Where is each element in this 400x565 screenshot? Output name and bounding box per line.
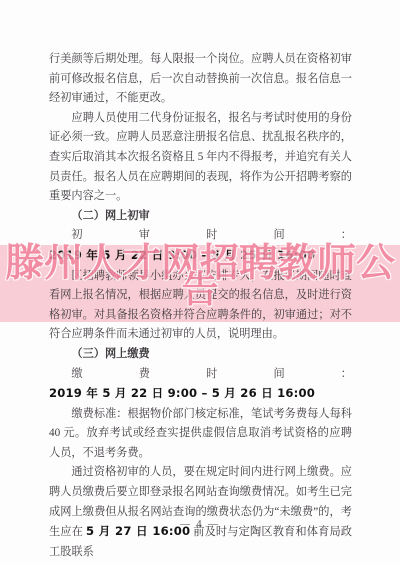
section-heading-online-review: （二）网上初审 <box>49 207 352 227</box>
payment-time-label: 缴费时间： <box>71 368 352 380</box>
page-number: — 4 — <box>0 519 400 530</box>
document-page: 行美颜等后期处理。每人限报一个岗位。应聘人员在资格初审前可修改报名信息，后一次自… <box>0 0 400 565</box>
section-heading-online-payment: （三）网上缴费 <box>49 345 352 365</box>
body-paragraph-review-process: 区招聘教师领导小组办公室安排专人，在报名期间随时查看网上报名情况，根据应聘人员提… <box>49 267 352 345</box>
body-paragraph-payment-standard: 缴费标准：根据物价部门核定标准，笔试考务费每人每科 40 元。放弃考试或经查实提… <box>49 405 352 464</box>
document-body: 行美颜等后期处理。每人限报一个岗位。应聘人员在资格初审前可修改报名信息，后一次自… <box>49 50 352 562</box>
body-paragraph-id-card-rules: 应聘人员使用二代身份证报名，报名与考试时使用的身份证必须一致。应聘人员恶意注册报… <box>49 109 352 207</box>
body-paragraph-retouch-rules: 行美颜等后期处理。每人限报一个岗位。应聘人员在资格初审前可修改报名信息，后一次自… <box>49 50 352 109</box>
review-time-label: 初审时间： <box>71 229 352 241</box>
review-time-line: 初审时间：2019 年 5 月 22 日 9:00 – 5 月 25 日 16:… <box>49 226 352 266</box>
review-time-value: 2019 年 5 月 22 日 9:00 – 5 月 25 日 16:00 <box>49 248 315 262</box>
body-paragraph-payment-process: 通过资格初审的人员，要在规定时间内进行网上缴费。应聘人员缴费后要立即登录报名网站… <box>49 463 352 562</box>
payment-time-value: 2019 年 5 月 22 日 9:00 – 5 月 26 日 16:00 <box>49 386 315 400</box>
payment-time-line: 缴费时间：2019 年 5 月 22 日 9:00 – 5 月 26 日 16:… <box>49 365 352 405</box>
